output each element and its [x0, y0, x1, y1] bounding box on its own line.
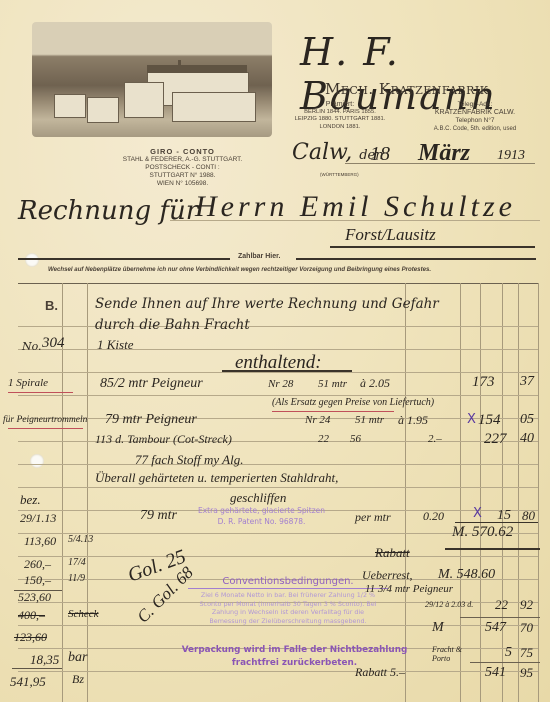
ledger-entry-7: 123,60	[14, 630, 47, 645]
total-amount-pf: 95	[520, 665, 533, 681]
col-rule-8	[538, 283, 539, 702]
rule-row	[18, 464, 538, 465]
freight-label: Fracht & Porto	[432, 645, 472, 663]
contents-underline	[222, 370, 352, 372]
remainder-amount: M. 548.60	[438, 567, 495, 583]
rule-row	[18, 487, 538, 488]
item-1-label: 1 Spirale	[8, 377, 48, 389]
packaging-line-1: Verpackung wird im Falle der Nichtbezahl…	[172, 644, 417, 657]
postscheck-wien: WIEN N° 105698.	[80, 180, 285, 188]
abc-code: A.B.C. Code, 5th. edition, used	[420, 125, 530, 133]
col-rule-7	[518, 283, 519, 702]
postscheck-title: POSTSCHECK - CONTI :	[80, 164, 285, 172]
rule-row	[18, 625, 538, 626]
rabatt-note: Rabatt 5.–	[355, 665, 405, 680]
ledger-entry-8-note: bar	[68, 650, 87, 666]
giro-title: GIRO - CONTO	[80, 148, 285, 156]
extra-check-mark: X	[473, 506, 482, 521]
deduction-desc: 11 3/4 mtr Peigneur	[365, 583, 453, 595]
item-2-rate: à 1.95	[398, 413, 428, 428]
recipient-location: Forst/Lausitz	[345, 225, 436, 245]
item-1-nr: Nr 28	[268, 378, 293, 390]
deduction-rule	[460, 617, 540, 618]
col-rule-4	[460, 283, 461, 702]
date-year: 1913	[497, 148, 525, 164]
rule-row	[18, 556, 538, 557]
postscheck-stuttgart: STUTTGART N° 1988.	[80, 172, 285, 180]
deduction-note: 29/12 à 2.03 d.	[425, 600, 473, 609]
rule-row	[18, 418, 538, 419]
freight-amount-m: 5	[505, 645, 512, 661]
bill-notice: Wechsel auf Nebenplätze übernehme ich nu…	[48, 266, 431, 273]
item-2-desc: 79 mtr Peigneur	[105, 412, 197, 428]
net-amount-m: 547	[485, 620, 506, 636]
telegram-block: Telegr.-Adr.: KRATZENFABRIK CALW. Teleph…	[420, 101, 530, 133]
rule-row	[18, 395, 538, 396]
telegram-label: Telegr.-Adr.:	[420, 101, 530, 109]
item-2-amount-pf: 05	[520, 412, 534, 428]
intro-line-2: durch die Bahn Fracht	[95, 317, 250, 333]
ledger-entry-2: 113,60	[24, 534, 56, 549]
ledger-entry-9-note: Bz	[72, 672, 84, 687]
invoice-for-label: Rechnung für	[18, 196, 198, 226]
patent-stamp: Extra gehärtete, glacierte Spitzen D. R.…	[198, 505, 325, 527]
ledger-entry-2-date: 5/4.13	[68, 534, 93, 545]
company-type: Mech. Kratzenfabrik	[325, 80, 488, 98]
place: Calw,	[292, 140, 352, 165]
ledger-entry-4: 150,–	[24, 573, 51, 588]
order-no: 304	[42, 335, 65, 352]
conditions-text: Ziel 6 Monate Netto in bar. Bei früherer…	[188, 591, 388, 625]
awards-block: Prämiert: BERLIN 1844. PARIS 1855. LEIPZ…	[290, 101, 390, 131]
giro-conto-block: GIRO - CONTO STAHL & FEDERER, A.-G. STUT…	[80, 148, 285, 188]
col-rule-2	[87, 283, 88, 702]
net-label: M	[432, 620, 444, 636]
recipient-name: Herrn Emil Schultze	[195, 190, 516, 224]
item-2-nr: Nr 24	[305, 414, 330, 426]
item-3-amount-pf: 40	[520, 431, 534, 447]
ledger-entry-1: 29/1.13	[20, 511, 56, 526]
item-2-red-underline	[8, 428, 83, 429]
extra-rate-label: per mtr	[355, 510, 391, 525]
package: 1 Kiste	[97, 337, 133, 353]
deduction-amount-m: 22	[495, 597, 508, 613]
ledger-entry-3: 260,–	[24, 557, 51, 572]
item-1-red-underline	[8, 392, 73, 393]
item-3-rate: 2.–	[428, 433, 442, 445]
freight-amount-pf: 75	[520, 645, 533, 661]
item-1-amount-m: 173	[472, 374, 495, 391]
item-1-desc: 85/2 mtr Peigneur	[100, 376, 203, 392]
strike-rule	[445, 548, 540, 550]
extra-rate: 0.20	[423, 509, 444, 524]
factory-engraving	[32, 22, 272, 137]
item-3-amount-m: 227	[484, 431, 507, 448]
item-3-nr: 22	[318, 433, 329, 445]
spec-line-2: Überall gehärteten u. temperierten Stahl…	[95, 470, 338, 486]
payable-rule-left	[18, 258, 230, 260]
item-1-rate: à 2.05	[360, 376, 390, 391]
ledger-entry-9: 541,95	[10, 674, 46, 690]
subtotal-rule	[455, 522, 538, 523]
subtotal-value: 570.62	[472, 524, 513, 540]
spec-line-1: 77 fach Stoff my Alg.	[135, 452, 243, 468]
location-underline	[330, 246, 535, 248]
item-1-note-red-underline	[272, 411, 394, 412]
ledger-entry-6-note: Scheck	[68, 608, 99, 620]
col-rule-6	[502, 283, 503, 702]
item-1-note: (Als Ersatz gegen Preise von Liefertuch)	[272, 397, 434, 408]
conditions-title: Conventionsbedingungen.	[188, 576, 388, 589]
ledger-header: bez.	[20, 492, 41, 508]
ledger-entry-3-date: 17/4	[68, 557, 86, 568]
total-amount-m: 541	[485, 665, 506, 681]
award-1: BERLIN 1844. PARIS 1855.	[290, 109, 390, 117]
item-2-check-mark: X	[467, 412, 476, 427]
rule-row	[18, 671, 538, 672]
subtotal: M. 570.62	[452, 524, 513, 541]
spec-line-3: geschliffen	[230, 490, 286, 506]
rule-row	[18, 349, 538, 350]
item-3-qty: 56	[350, 433, 361, 445]
ledger-entry-6: 400,–	[18, 608, 45, 623]
deduction-amount-pf: 92	[520, 597, 533, 613]
section-letter: B.	[45, 298, 58, 313]
item-3-desc: 113 d. Tambour (Cot-Streck)	[95, 432, 232, 447]
awards-label: Prämiert:	[290, 101, 390, 109]
date-month: März	[418, 140, 470, 167]
item-2-qty: 51 mtr	[355, 414, 384, 426]
item-1-amount-pf: 37	[520, 374, 534, 390]
punch-hole-bottom	[30, 454, 44, 468]
item-2-label: für Peigneurtrommeln	[3, 415, 87, 425]
patent-line-1: Extra gehärtete, glacierte Spitzen	[198, 505, 325, 516]
award-3: LONDON 1881.	[290, 124, 390, 132]
col-rule-3	[405, 283, 406, 702]
ledger-entry-5: 523,60	[18, 590, 51, 605]
intro-line-1: Sende Ihnen auf Ihre werte Rechnung und …	[95, 296, 439, 312]
conditions-stamp: Conventionsbedingungen. Ziel 6 Monate Ne…	[188, 576, 388, 625]
punch-hole-top	[25, 253, 39, 267]
date-region: (WÜRTTEMBERG)	[320, 172, 359, 177]
telephone: Telephon N°7	[420, 117, 530, 125]
patent-line-2: D. R. Patent No. 96878.	[198, 516, 325, 527]
award-2: LEIPZIG 1880. STUTTGART 1881.	[290, 116, 390, 124]
giro-bank: STAHL & FEDERER, A.-G. STUTTGART.	[80, 156, 285, 164]
net-amount-pf: 70	[520, 620, 533, 636]
telegram-address: KRATZENFABRIK CALW.	[420, 109, 530, 117]
struck-rabatt: Rabatt	[375, 545, 410, 561]
ledger-entry-8: 18,35	[30, 652, 59, 668]
extra-desc: 79 mtr	[140, 508, 177, 524]
payable-rule-right	[296, 258, 536, 260]
recipient-rule	[170, 220, 540, 221]
item-1-qty: 51 mtr	[318, 378, 347, 390]
date-day: 18	[370, 143, 390, 166]
subtotal-label: M.	[452, 524, 468, 540]
order-no-label: No.	[22, 340, 42, 353]
item-2-amount-m: 154	[478, 412, 501, 429]
total-rule	[470, 662, 540, 663]
ledger-rule-2	[12, 668, 62, 669]
payable-here: Zahlbar Hier.	[238, 253, 280, 260]
col-rule-5	[480, 283, 481, 702]
ledger-entry-4-date: 11/9	[68, 573, 85, 584]
